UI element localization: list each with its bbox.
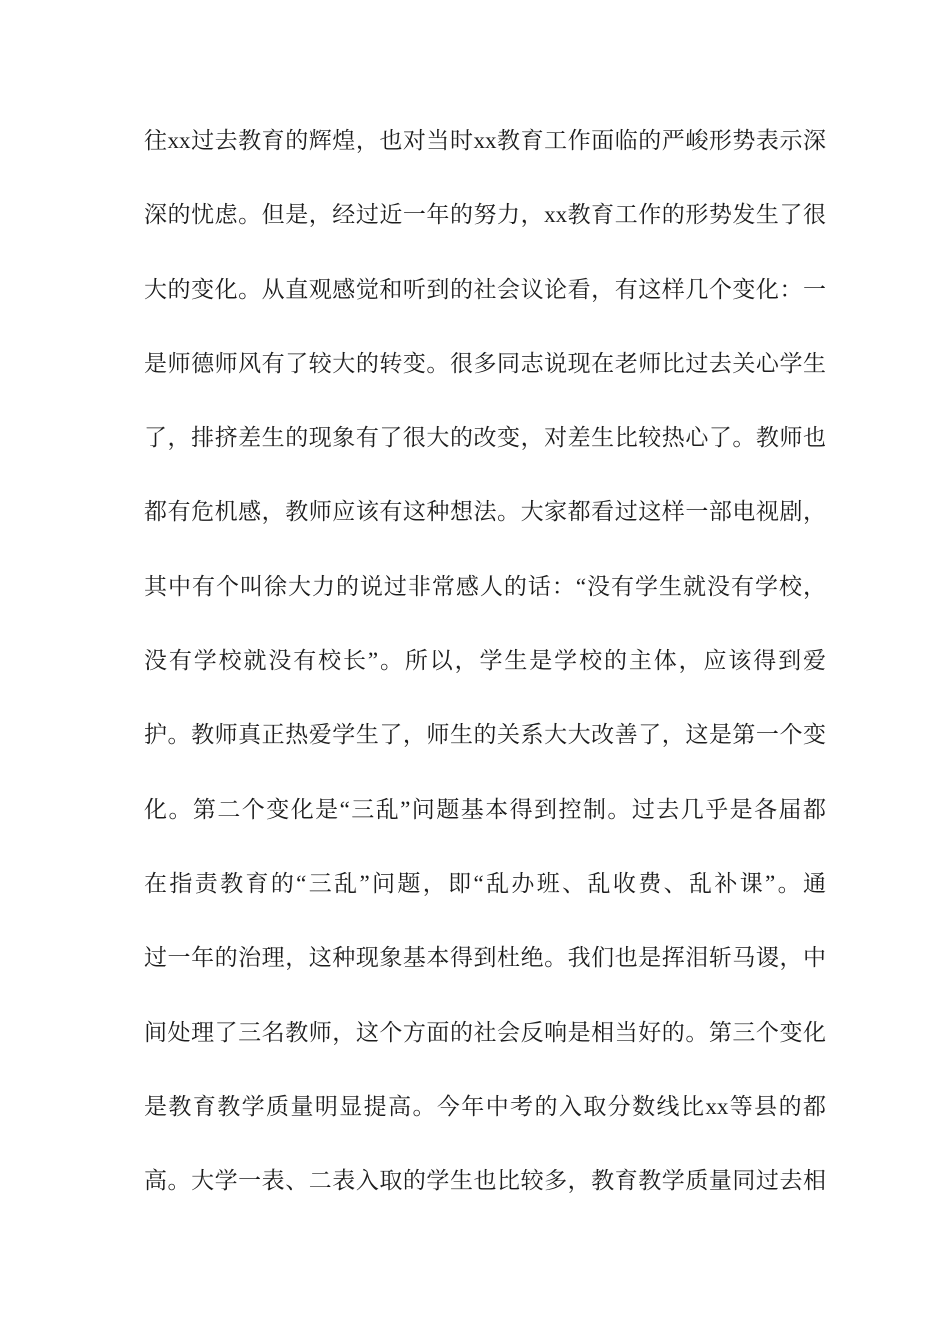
- text-line: 在指责教育的“三乱”问题，即“乱办班、乱收费、乱补课”。通: [144, 847, 826, 921]
- text-line: 了，排挤差生的现象有了很大的改变，对差生比较热心了。教师也: [144, 401, 826, 475]
- text-line: 往xx过去教育的辉煌，也对当时xx教育工作面临的严峻形势表示深: [144, 104, 826, 178]
- text-line: 化。第二个变化是“三乱”问题基本得到控制。过去几乎是各届都: [144, 773, 826, 847]
- text-line: 没有学校就没有校长”。所以，学生是学校的主体，应该得到爱: [144, 624, 826, 698]
- document-page: 往xx过去教育的辉煌，也对当时xx教育工作面临的严峻形势表示深 深的忧虑。但是，…: [0, 0, 950, 1344]
- text-line: 护。教师真正热爱学生了，师生的关系大大改善了，这是第一个变: [144, 698, 826, 772]
- paragraph-text-block: 往xx过去教育的辉煌，也对当时xx教育工作面临的严峻形势表示深 深的忧虑。但是，…: [144, 104, 826, 1218]
- text-line: 高。大学一表、二表入取的学生也比较多，教育教学质量同过去相: [144, 1144, 826, 1218]
- text-line: 其中有个叫徐大力的说过非常感人的话：“没有学生就没有学校，: [144, 550, 826, 624]
- text-line: 过一年的治理，这种现象基本得到杜绝。我们也是挥泪斩马谡，中: [144, 921, 826, 995]
- text-line: 是师德师风有了较大的转变。很多同志说现在老师比过去关心学生: [144, 327, 826, 401]
- text-line: 间处理了三名教师，这个方面的社会反响是相当好的。第三个变化: [144, 996, 826, 1070]
- text-line: 大的变化。从直观感觉和听到的社会议论看，有这样几个变化：一: [144, 253, 826, 327]
- text-line: 是教育教学质量明显提高。今年中考的入取分数线比xx等县的都: [144, 1070, 826, 1144]
- text-line: 深的忧虑。但是，经过近一年的努力，xx教育工作的形势发生了很: [144, 178, 826, 252]
- text-line: 都有危机感，教师应该有这种想法。大家都看过这样一部电视剧，: [144, 475, 826, 549]
